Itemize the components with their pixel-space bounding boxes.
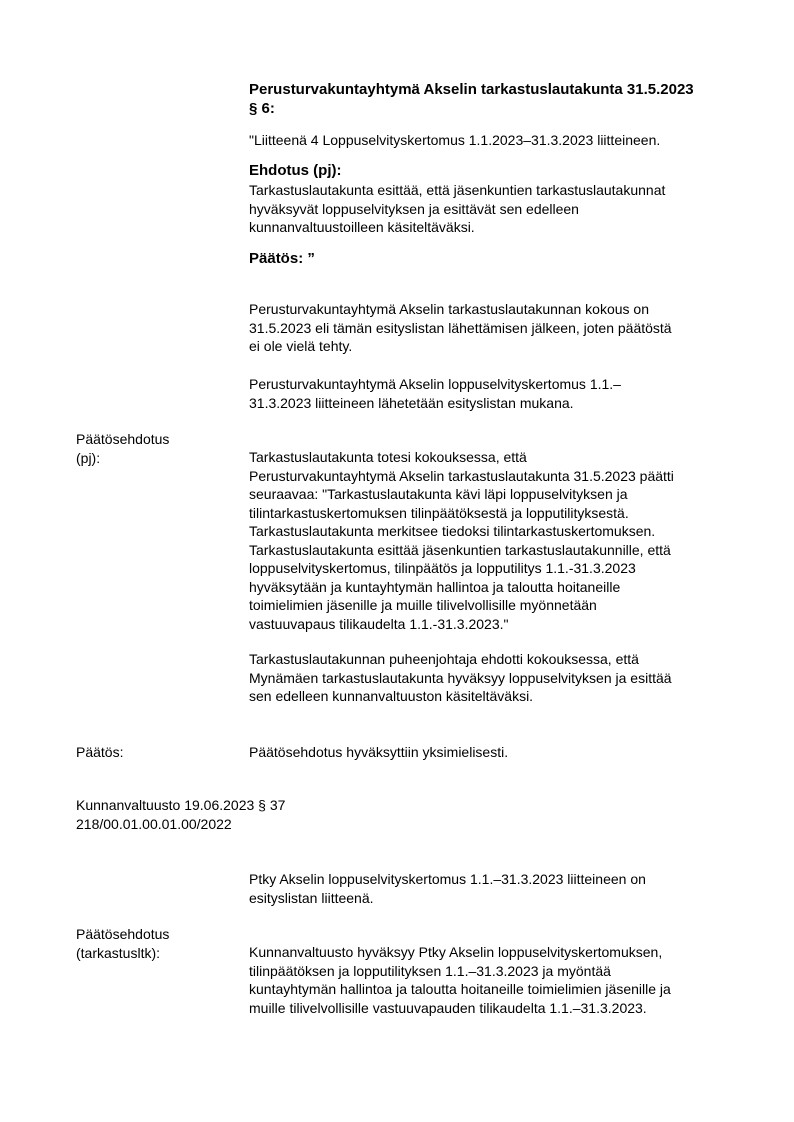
decision-label: Päätös: xyxy=(76,743,123,762)
text-line: kunnanvaltuustoilleen käsiteltäväksi. xyxy=(249,218,749,237)
row-label: Päätösehdotus (pj): xyxy=(76,430,169,467)
header-line: 218/00.01.00.01.00/2022 xyxy=(76,815,285,834)
text-line: tilinpäätöksen ja lopputilityksen 1.1.–3… xyxy=(249,962,749,981)
label-line: Päätösehdotus xyxy=(76,430,169,449)
text-line: 31.3.2023 liitteineen lähetetään esitysl… xyxy=(249,394,749,413)
text-line: muille tilivelvollisille vastuuvapauden … xyxy=(249,999,749,1018)
text-line: sen edelleen kunnanvaltuuston käsiteltäv… xyxy=(249,687,749,706)
text-line: Mynämäen tarkastuslautakunta hyväksyy lo… xyxy=(249,669,749,688)
text-line: toimielimien jäsenille ja muille tilivel… xyxy=(249,596,749,615)
text-line: Ptky Akselin loppuselvityskertomus 1.1.–… xyxy=(249,870,749,889)
paragraph: Kunnanvaltuusto hyväksyy Ptky Akselin lo… xyxy=(249,943,749,1017)
text-line: Tarkastuslautakunta esittää jäsenkuntien… xyxy=(249,541,749,560)
label-line: (tarkastusltk): xyxy=(76,944,169,963)
text-line: tilintarkastuskertomuksen tilinpäätökses… xyxy=(249,504,749,523)
text-line: hyväksyvät loppuselvityksen ja esittävät… xyxy=(249,200,749,219)
text-line: esityslistan liitteenä. xyxy=(249,889,749,908)
decision-heading: Päätös: ” xyxy=(249,250,749,269)
heading-line: § 6: xyxy=(249,100,749,119)
paragraph: Tarkastuslautakunta totesi kokouksessa, … xyxy=(249,448,749,633)
quote-line: "Liitteenä 4 Loppuselvityskertomus 1.1.2… xyxy=(249,131,749,150)
label-line: Päätösehdotus xyxy=(76,925,169,944)
text-line: Tarkastuslautakunnan puheenjohtaja ehdot… xyxy=(249,650,749,669)
label-line: (pj): xyxy=(76,449,169,468)
decision-text: Päätösehdotus hyväksyttiin yksimielisest… xyxy=(249,743,749,762)
header-line: Kunnanvaltuusto 19.06.2023 § 37 xyxy=(76,796,285,815)
text-line: kuntayhtymän hallintoa ja taloutta hoita… xyxy=(249,980,749,999)
proposal-heading: Ehdotus (pj): xyxy=(249,162,749,181)
text-line: ei ole vielä tehty. xyxy=(249,337,749,356)
text-line: loppuselvityskertomus, tilinpäätös ja lo… xyxy=(249,559,749,578)
paragraph: Ptky Akselin loppuselvityskertomus 1.1.–… xyxy=(249,870,749,907)
council-header: Kunnanvaltuusto 19.06.2023 § 37 218/00.0… xyxy=(76,796,285,833)
text-line: Kunnanvaltuusto hyväksyy Ptky Akselin lo… xyxy=(249,943,749,962)
section-heading: Perusturvakuntayhtymä Akselin tarkastusl… xyxy=(249,81,749,118)
row-label: Päätösehdotus (tarkastusltk): xyxy=(76,925,169,962)
text-line: 31.5.2023 eli tämän esityslistan lähettä… xyxy=(249,319,749,338)
text-line: seuraavaa: "Tarkastuslautakunta kävi läp… xyxy=(249,485,749,504)
paragraph: Perusturvakuntayhtymä Akselin loppuselvi… xyxy=(249,375,749,412)
paragraph: Tarkastuslautakunnan puheenjohtaja ehdot… xyxy=(249,650,749,706)
text-line: Tarkastuslautakunta merkitsee tiedoksi t… xyxy=(249,522,749,541)
paragraph: Perusturvakuntayhtymä Akselin tarkastusl… xyxy=(249,300,749,356)
text-line: Tarkastuslautakunta totesi kokouksessa, … xyxy=(249,448,749,467)
text-line: hyväksytään ja kuntayhtymän hallintoa ja… xyxy=(249,578,749,597)
text-line: vastuuvapaus tilikaudelta 1.1.-31.3.2023… xyxy=(249,615,749,634)
proposal-text: Tarkastuslautakunta esittää, että jäsenk… xyxy=(249,181,749,237)
heading-line: Perusturvakuntayhtymä Akselin tarkastusl… xyxy=(249,81,749,100)
text-line: Perusturvakuntayhtymä Akselin tarkastusl… xyxy=(249,467,749,486)
text-line: Perusturvakuntayhtymä Akselin tarkastusl… xyxy=(249,300,749,319)
text-line: Tarkastuslautakunta esittää, että jäsenk… xyxy=(249,181,749,200)
text-line: Perusturvakuntayhtymä Akselin loppuselvi… xyxy=(249,375,749,394)
